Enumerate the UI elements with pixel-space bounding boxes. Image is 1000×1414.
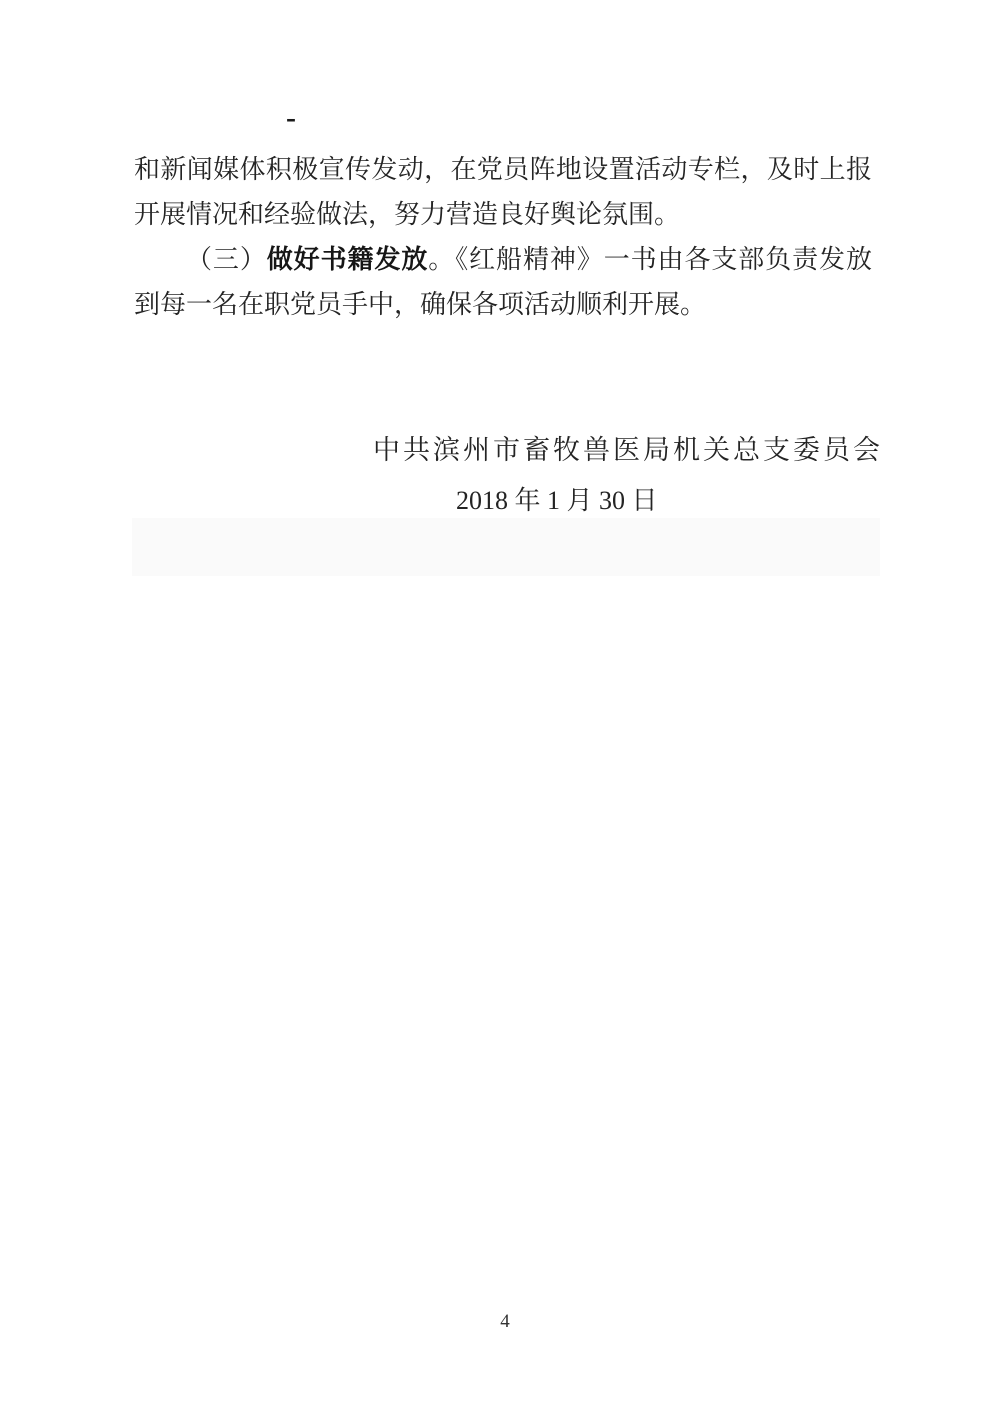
stray-dash-mark: - — [286, 103, 296, 133]
scan-artifact-band — [132, 518, 880, 576]
section-number: （三） — [186, 245, 267, 274]
document-page: - 和新闻媒体积极宣传发动，在党员阵地设置活动专栏，及时上报 开展情况和经验做法… — [0, 0, 1000, 1414]
section-heading-bold: 做好书籍发放 — [267, 245, 429, 274]
page-number: 4 — [0, 1310, 1000, 1334]
paragraph-line: 开展情况和经验做法，努力营造良好舆论氛围。 — [134, 192, 872, 237]
section-paragraph-line: 到每一名在职党员手中，确保各项活动顺利开展。 — [134, 282, 872, 327]
paragraph-line: 和新闻媒体积极宣传发动，在党员阵地设置活动专栏，及时上报 — [134, 147, 872, 192]
section-text: 。《红船精神》一书由各支部负责发放 — [428, 245, 872, 274]
signature-date: 2018 年 1 月 30 日 — [456, 478, 658, 523]
section-paragraph-line: （三）做好书籍发放。《红船精神》一书由各支部负责发放 — [134, 237, 872, 282]
signature-organization: 中共滨州市畜牧兽医局机关总支委员会 — [373, 428, 883, 473]
body-text-block: 和新闻媒体积极宣传发动，在党员阵地设置活动专栏，及时上报 开展情况和经验做法，努… — [134, 147, 872, 327]
